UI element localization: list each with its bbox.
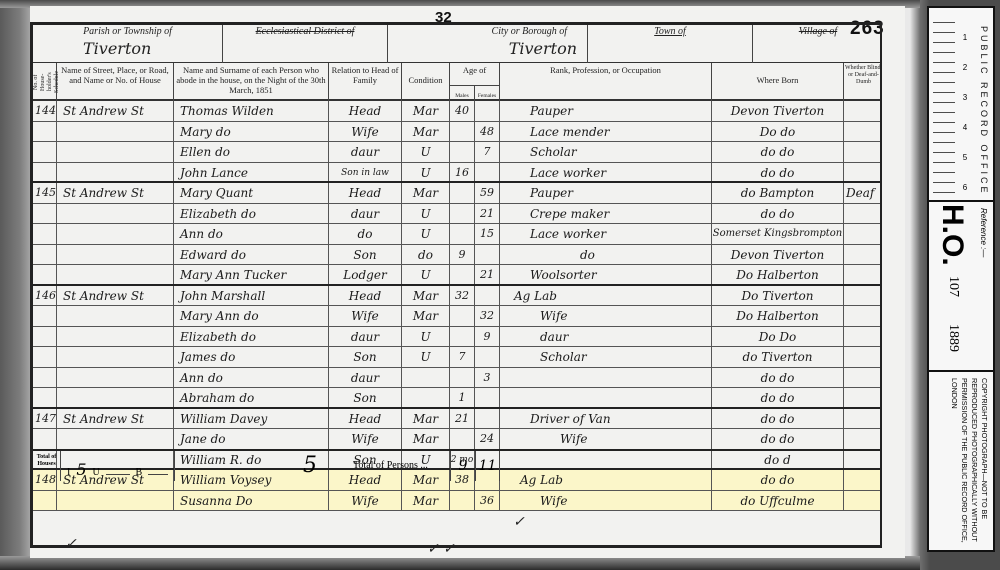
age-male: 16 <box>450 163 475 182</box>
borough-cell: City or Borough of Tiverton <box>388 25 588 63</box>
col-where-born: Where Born <box>712 63 844 101</box>
infirmity <box>844 204 883 224</box>
total-females: 11 <box>475 451 500 481</box>
copyright-notice: COPYRIGHT PHOTOGRAPH—NOT TO BE REPRODUCE… <box>929 370 993 550</box>
condition: U <box>402 224 450 244</box>
infirmity <box>844 224 883 244</box>
relation: Head <box>329 101 402 121</box>
age-female: 21 <box>475 204 500 224</box>
relation: Wife <box>329 429 402 449</box>
houses-tally: I 5 U B <box>61 451 175 481</box>
town-cell: Town of <box>588 25 753 63</box>
piece-number: 1889 <box>945 324 961 352</box>
ecclesiastical-cell: Ecclesiastical District of <box>223 25 388 63</box>
infirmity <box>844 306 883 326</box>
age-male <box>450 204 475 224</box>
person-name: Mary Quant <box>174 183 329 203</box>
table-row: 144 St Andrew St Thomas Wilden Head Mar … <box>33 101 880 122</box>
street <box>57 347 174 367</box>
where-born: Somerset Kingsbrompton <box>712 224 844 244</box>
table-row: Mary Ann do Wife Mar 32 Wife Do Halberto… <box>33 306 880 327</box>
relation: Lodger <box>329 265 402 284</box>
occupation: Scholar <box>500 347 712 367</box>
schedule-number <box>33 347 57 367</box>
person-name: Ann do <box>174 224 329 244</box>
schedule-number: 147 <box>33 409 57 429</box>
condition: U <box>402 142 450 162</box>
age-female: 3 <box>475 368 500 388</box>
condition: Mar <box>402 101 450 121</box>
totals-row: Total of Houses I 5 U B 5 Total of Perso… <box>33 449 880 479</box>
building-count <box>148 474 168 475</box>
infirmity <box>844 265 883 284</box>
relation: daur <box>329 142 402 162</box>
age-female <box>475 347 500 367</box>
census-form: Parish or Township of Tiverton Ecclesias… <box>30 22 882 548</box>
age-male <box>450 122 475 142</box>
occupation: Scholar <box>500 142 712 162</box>
where-born: Do Halberton <box>712 265 844 284</box>
ruler-number: 1 <box>957 33 973 42</box>
relation: Son in law <box>329 163 402 182</box>
checkmark-icon: ✓ <box>65 536 77 552</box>
condition: U <box>402 204 450 224</box>
condition: Mar <box>402 429 450 449</box>
street <box>57 245 174 265</box>
occupation: Lace worker <box>500 224 712 244</box>
age-male <box>450 491 475 511</box>
condition: Mar <box>402 306 450 326</box>
age-female: 24 <box>475 429 500 449</box>
district-header: Parish or Township of Tiverton Ecclesias… <box>33 25 880 63</box>
age-male: 32 <box>450 286 475 306</box>
age-subheaders: Males Females <box>450 85 499 101</box>
age-female: 32 <box>475 306 500 326</box>
age-female <box>475 286 500 306</box>
schedule-number <box>33 327 57 347</box>
condition: Mar <box>402 183 450 203</box>
where-born: do do <box>712 429 844 449</box>
age-female: 7 <box>475 142 500 162</box>
table-row: Ann do do U 15 Lace worker Somerset King… <box>33 224 880 245</box>
infirmity <box>844 286 883 306</box>
series-number: 107 <box>945 276 961 297</box>
relation: Head <box>329 409 402 429</box>
schedule-number <box>33 224 57 244</box>
where-born: do do <box>712 388 844 407</box>
relation: Wife <box>329 491 402 511</box>
age-male <box>450 327 475 347</box>
occupation <box>500 388 712 407</box>
person-name: John Marshall <box>174 286 329 306</box>
person-name: William Davey <box>174 409 329 429</box>
relation: Son <box>329 388 402 407</box>
inhabited-prefix: I <box>67 467 70 478</box>
col-age-females: Females <box>474 86 499 101</box>
where-born: do Tiverton <box>712 347 844 367</box>
age-female: 15 <box>475 224 500 244</box>
borough-label: City or Borough of <box>388 26 587 37</box>
person-name: Edward do <box>174 245 329 265</box>
occupation: Wife <box>500 429 712 449</box>
infirmity <box>844 101 883 121</box>
uninhabited-prefix: U <box>93 467 100 478</box>
condition: U <box>402 347 450 367</box>
age-male <box>450 224 475 244</box>
condition: do <box>402 245 450 265</box>
ruler-number: 5 <box>957 153 973 162</box>
person-name: James do <box>174 347 329 367</box>
ruler-number: 2 <box>957 63 973 72</box>
where-born: do do <box>712 368 844 388</box>
table-row: Ann do daur 3 do do <box>33 368 880 389</box>
age-male: 7 <box>450 347 475 367</box>
col-occupation: Rank, Profession, or Occupation <box>500 63 712 101</box>
occupation: Lace mender <box>500 122 712 142</box>
schedule-number <box>33 491 57 511</box>
where-born: Do Halberton <box>712 306 844 326</box>
age-male: 21 <box>450 409 475 429</box>
person-name: Susanna Do <box>174 491 329 511</box>
occupation: Pauper <box>500 101 712 121</box>
infirmity <box>844 327 883 347</box>
where-born: Do Tiverton <box>712 286 844 306</box>
person-name: Abraham do <box>174 388 329 407</box>
street: St Andrew St <box>57 183 174 203</box>
relation: do <box>329 224 402 244</box>
schedule-number <box>33 388 57 407</box>
ruler-number: 4 <box>957 123 973 132</box>
condition: U <box>402 163 450 182</box>
schedule-number <box>33 429 57 449</box>
occupation: Ag Lab <box>500 286 712 306</box>
col-schedule-no-cell: No. of House-holder's Schedule <box>33 63 57 101</box>
col-blind-deaf: Whether Blind, or Deaf-and-Dumb <box>844 63 883 101</box>
occupation: daur <box>500 327 712 347</box>
infirmity <box>844 409 883 429</box>
table-row: Ellen do daur U 7 Scholar do do <box>33 142 880 163</box>
street: St Andrew St <box>57 101 174 121</box>
street <box>57 163 174 182</box>
col-schedule-no: No. of House-holder's Schedule <box>33 65 55 99</box>
relation: daur <box>329 368 402 388</box>
ruler-ticks <box>933 22 955 202</box>
handwritten-total: 5 <box>303 453 317 478</box>
street <box>57 224 174 244</box>
where-born: do do <box>712 409 844 429</box>
infirmity <box>844 491 883 511</box>
age-female <box>475 409 500 429</box>
checkmark-icon: ✓ <box>443 541 455 557</box>
table-row: Jane do Wife Mar 24 Wife do do <box>33 429 880 450</box>
person-name: Jane do <box>174 429 329 449</box>
table-row-highlighted: Susanna Do Wife Mar 36 Wife do Uffculme <box>33 491 880 512</box>
condition: Mar <box>402 409 450 429</box>
where-born: do Bampton <box>712 183 844 203</box>
schedule-number <box>33 142 57 162</box>
table-row: 147 St Andrew St William Davey Head Mar … <box>33 409 880 430</box>
table-row: Elizabeth do daur U 9 daur Do Do <box>33 327 880 348</box>
parish-value: Tiverton <box>33 39 222 58</box>
relation: Wife <box>329 122 402 142</box>
schedule-number <box>33 265 57 284</box>
age-male: 9 <box>450 245 475 265</box>
age-female: 36 <box>475 491 500 511</box>
age-female <box>475 245 500 265</box>
age-male <box>450 429 475 449</box>
infirmity <box>844 368 883 388</box>
schedule-number <box>33 306 57 326</box>
condition: U <box>402 265 450 284</box>
table-row: 146 St Andrew St John Marshall Head Mar … <box>33 286 880 307</box>
schedule-number <box>33 245 57 265</box>
relation: Son <box>329 245 402 265</box>
total-persons-label: Total of Persons ... <box>353 451 411 481</box>
ruler-numbers: 1 2 3 4 5 6 <box>957 22 973 202</box>
relation: Wife <box>329 306 402 326</box>
age-female: 9 <box>475 327 500 347</box>
age-male: 40 <box>450 101 475 121</box>
infirmity <box>844 122 883 142</box>
person-name: John Lance <box>174 163 329 182</box>
col-age-label: Age of <box>463 65 486 75</box>
street: St Andrew St <box>57 409 174 429</box>
town-label: Town of <box>588 26 752 37</box>
table-row: Edward do Son do 9 do Devon Tiverton <box>33 245 880 266</box>
age-male <box>450 183 475 203</box>
col-age-males: Males <box>450 86 474 101</box>
person-name: Thomas Wilden <box>174 101 329 121</box>
age-female <box>475 163 500 182</box>
col-relation: Relation to Head of Family <box>329 63 402 101</box>
condition: Mar <box>402 286 450 306</box>
village-cell: Village of <box>753 25 883 63</box>
where-born: do do <box>712 163 844 182</box>
table-row: Elizabeth do daur U 21 Crepe maker do do <box>33 204 880 225</box>
occupation: Wife <box>500 306 712 326</box>
condition: Mar <box>402 491 450 511</box>
occupation: Lace worker <box>500 163 712 182</box>
where-born: Devon Tiverton <box>712 245 844 265</box>
age-female: 48 <box>475 122 500 142</box>
age-female <box>475 388 500 407</box>
person-name: Mary Ann Tucker <box>174 265 329 284</box>
condition: U <box>402 327 450 347</box>
schedule-number <box>33 122 57 142</box>
occupation: Crepe maker <box>500 204 712 224</box>
street <box>57 122 174 142</box>
occupation: Pauper <box>500 183 712 203</box>
condition: Mar <box>402 122 450 142</box>
table-row: Mary Ann Tucker Lodger U 21 Woolsorter D… <box>33 265 880 286</box>
ruler-number: 6 <box>957 183 973 192</box>
schedule-number <box>33 163 57 182</box>
person-name: Ann do <box>174 368 329 388</box>
relation: Son <box>329 347 402 367</box>
archive-title: PUBLIC RECORD OFFICE <box>979 26 989 196</box>
age-male <box>450 368 475 388</box>
occupation: Driver of Van <box>500 409 712 429</box>
street <box>57 429 174 449</box>
total-males: 9 <box>450 451 475 481</box>
person-name: Elizabeth do <box>174 327 329 347</box>
infirmity <box>844 142 883 162</box>
scale-ruler: 1 2 3 4 5 6 PUBLIC RECORD OFFICE <box>929 22 995 202</box>
person-name: Ellen do <box>174 142 329 162</box>
infirmity <box>844 429 883 449</box>
street <box>57 265 174 284</box>
uninhabited-count <box>106 474 130 475</box>
scan-bottom-edge <box>0 556 920 570</box>
building-prefix: B <box>136 467 143 478</box>
age-male <box>450 142 475 162</box>
street <box>57 491 174 511</box>
age-female <box>475 101 500 121</box>
table-row: 145 St Andrew St Mary Quant Head Mar 59 … <box>33 183 880 204</box>
occupation: do <box>500 245 712 265</box>
where-born: do do <box>712 142 844 162</box>
condition <box>402 368 450 388</box>
borough-value: Tiverton <box>388 39 587 58</box>
where-born: Devon Tiverton <box>712 101 844 121</box>
person-name: Mary Ann do <box>174 306 329 326</box>
col-street: Name of Street, Place, or Road, and Name… <box>57 63 174 101</box>
col-age: Age of Males Females <box>450 63 500 101</box>
table-row: Mary do Wife Mar 48 Lace mender Do do <box>33 122 880 143</box>
checkmark-icon: ✓ <box>513 514 525 530</box>
table-row: John Lance Son in law U 16 Lace worker d… <box>33 163 880 184</box>
age-male <box>450 265 475 284</box>
where-born: do Uffculme <box>712 491 844 511</box>
occupation: Woolsorter <box>500 265 712 284</box>
where-born: Do Do <box>712 327 844 347</box>
street <box>57 204 174 224</box>
person-name: Mary do <box>174 122 329 142</box>
class-code: H.O. <box>935 204 969 266</box>
relation: daur <box>329 327 402 347</box>
table-row: James do Son U 7 Scholar do Tiverton <box>33 347 880 368</box>
infirmity: Deaf <box>844 183 883 203</box>
inhabited-count: 5 <box>76 460 86 479</box>
census-page: 32 263 Parish or Township of Tiverton Ec… <box>30 6 905 558</box>
schedule-number: 144 <box>33 101 57 121</box>
parish-label: Parish or Township of <box>33 26 222 37</box>
parish-cell: Parish or Township of Tiverton <box>33 25 223 63</box>
checkmark-icon: ✓ <box>427 541 439 557</box>
ecclesiastical-label: Ecclesiastical District of <box>223 26 387 37</box>
col-condition: Condition <box>402 63 450 101</box>
infirmity <box>844 388 883 407</box>
occupation <box>500 368 712 388</box>
age-male <box>450 306 475 326</box>
street <box>57 142 174 162</box>
street <box>57 388 174 407</box>
col-name: Name and Surname of each Person who abod… <box>174 63 329 101</box>
condition <box>402 388 450 407</box>
occupation: Wife <box>500 491 712 511</box>
age-male: 1 <box>450 388 475 407</box>
infirmity <box>844 245 883 265</box>
schedule-number <box>33 368 57 388</box>
schedule-number: 145 <box>33 183 57 203</box>
where-born: Do do <box>712 122 844 142</box>
street <box>57 368 174 388</box>
infirmity <box>844 163 883 182</box>
archive-reference-label: 1 2 3 4 5 6 PUBLIC RECORD OFFICE Referen… <box>927 6 995 552</box>
age-female: 21 <box>475 265 500 284</box>
person-name: Elizabeth do <box>174 204 329 224</box>
ruler-number: 3 <box>957 93 973 102</box>
reference-label: Reference :— <box>979 208 988 257</box>
relation: daur <box>329 204 402 224</box>
where-born: do do <box>712 204 844 224</box>
village-label: Village of <box>753 26 883 37</box>
infirmity <box>844 347 883 367</box>
total-houses-label: Total of Houses <box>33 451 61 481</box>
schedule-number <box>33 204 57 224</box>
street <box>57 306 174 326</box>
table-row: Abraham do Son 1 do do <box>33 388 880 409</box>
relation: Head <box>329 183 402 203</box>
street <box>57 327 174 347</box>
column-headers: No. of House-holder's Schedule Name of S… <box>33 63 880 101</box>
relation: Head <box>329 286 402 306</box>
street: St Andrew St <box>57 286 174 306</box>
schedule-number: 146 <box>33 286 57 306</box>
age-female: 59 <box>475 183 500 203</box>
